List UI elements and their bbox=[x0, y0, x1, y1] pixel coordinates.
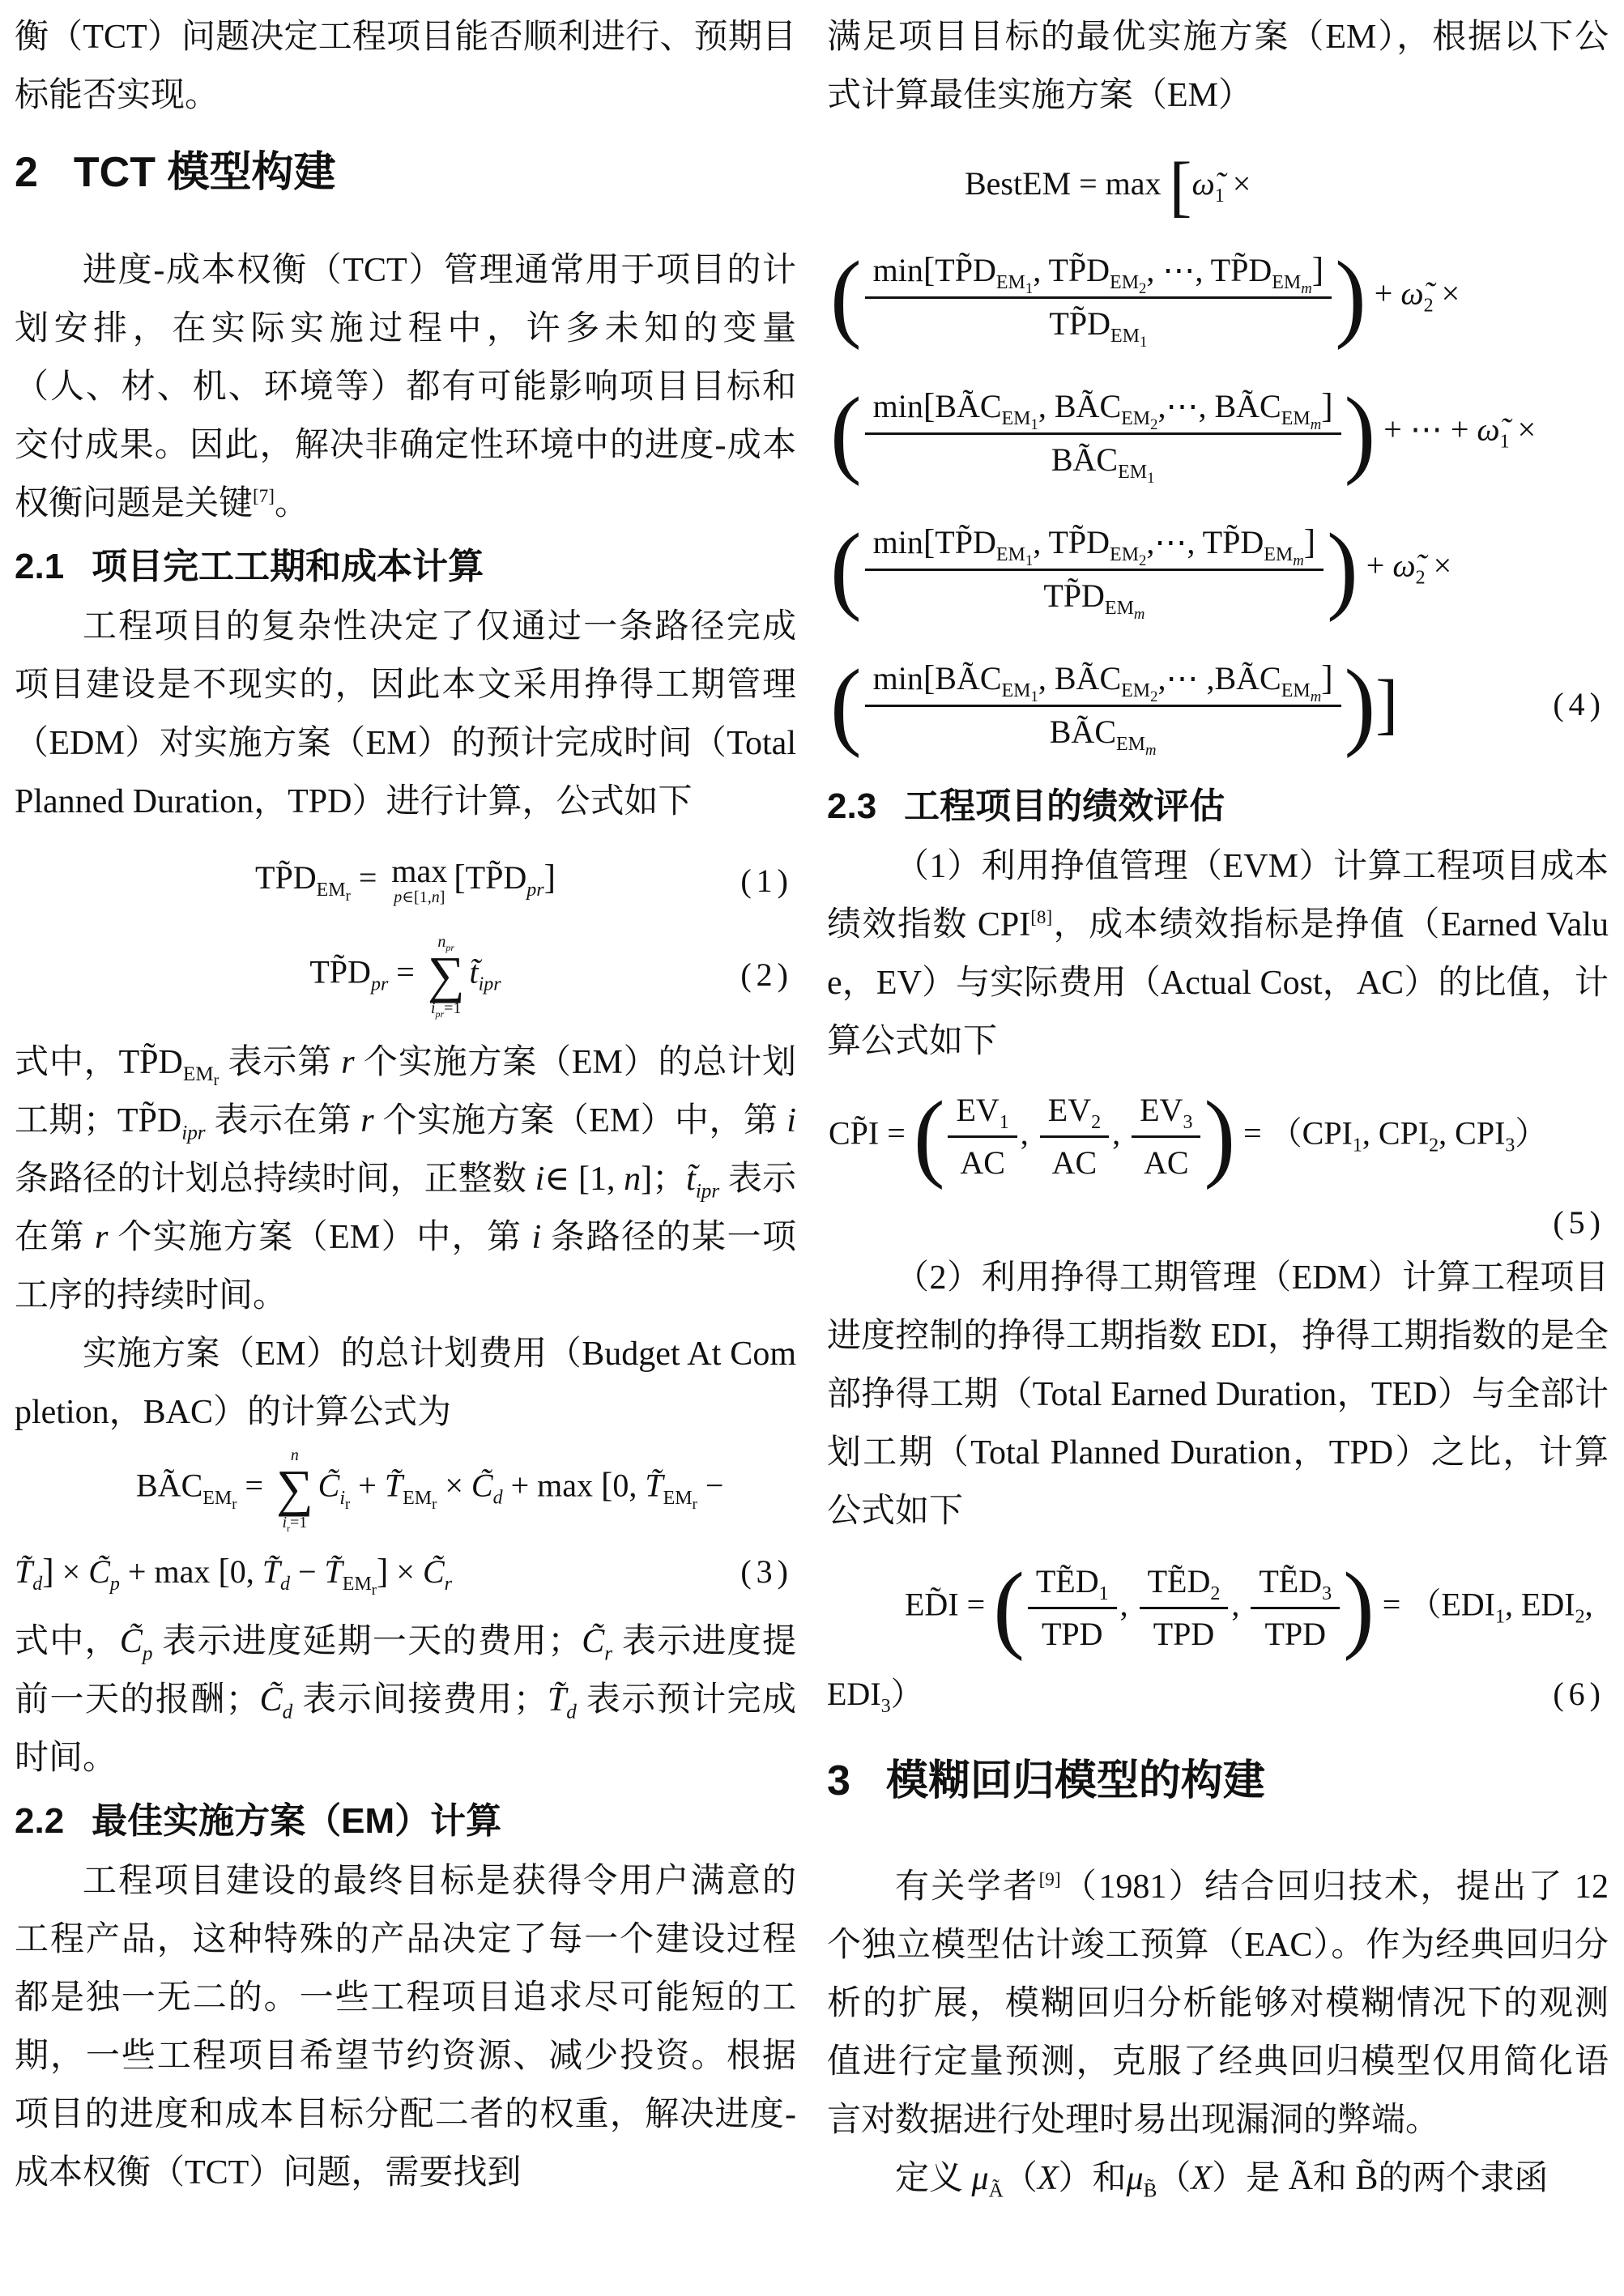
formula-1: TP̃DEMr = maxp∈[1,n][TP̃Dpr] (1) bbox=[15, 841, 796, 922]
formula-6-line2-body: EDI3） bbox=[827, 1676, 923, 1713]
paragraph-cutoff: 定义 μÃ（X）和μB̃（X）是 Ã和 B̃的两个隶函 bbox=[827, 2149, 1609, 2208]
formula-4-line-c-body: (min[BÃCEM1, BÃCEM2,⋯, BÃCEMm]BÃCEM1) + … bbox=[830, 386, 1536, 479]
paragraph: 工程项目建设的最终目标是获得令用户满意的工程产品，这种特殊的产品决定了每一个建设… bbox=[15, 1852, 796, 2202]
formula-4-line-a: BestEM = max [ω̃1 × bbox=[827, 139, 1609, 228]
section-heading-3: 3 模糊回归模型的构建 bbox=[827, 1756, 1609, 1806]
formula-1-body: TP̃DEMr = maxp∈[1,n][TP̃Dpr] bbox=[255, 855, 556, 907]
formula-6-line1-body: ED̃I = (TẼD1TPD, TẼD2TPD, TẼD3TPD) = （ED… bbox=[905, 1563, 1593, 1653]
subsection-number: 2.1 bbox=[15, 543, 64, 591]
paragraph: 工程项目的复杂性决定了仅通过一条路径完成项目建设是不现实的，因此本文采用挣得工期… bbox=[15, 598, 796, 831]
subsection-title: 工程项目的绩效评估 bbox=[904, 782, 1225, 831]
formula-5: CP̃I = (EV1AC, EV2AC, EV3AC) = （CPI1, CP… bbox=[827, 1076, 1609, 1197]
paragraph: 进度-成本权衡（TCT）管理通常用于项目的计划安排，在实际实施过程中，许多未知的… bbox=[15, 241, 796, 533]
equation-number-1: (1) bbox=[740, 863, 793, 900]
formula-2-body: TP̃Dpr = npr∑ipr=1t̃ipr bbox=[309, 933, 501, 1018]
subsection-number: 2.2 bbox=[15, 1797, 64, 1846]
formula-2: TP̃Dpr = npr∑ipr=1t̃ipr (2) bbox=[15, 925, 796, 1025]
equation-number-2: (2) bbox=[740, 956, 793, 994]
formula-4-line-c: (min[BÃCEM1, BÃCEM2,⋯, BÃCEMm]BÃCEM1) + … bbox=[827, 364, 1609, 501]
paragraph-continued: 满足项目目标的最优实施方案（EM），根据以下公式计算最佳实施方案（EM） bbox=[827, 8, 1609, 125]
formula-5-number-row: (5) bbox=[827, 1197, 1609, 1249]
right-column: 满足项目目标的最优实施方案（EM），根据以下公式计算最佳实施方案（EM） Bes… bbox=[827, 8, 1609, 2288]
paragraph: 实施方案（EM）的总计划费用（Budget At Completion，BAC）… bbox=[15, 1325, 796, 1442]
subsection-heading-2-1: 2.1 项目完工工期和成本计算 bbox=[15, 543, 796, 591]
formula-4-line-d-body: (min[TP̃DEM1, TP̃DEM2,⋯, TP̃DEMm]TP̃DEMm… bbox=[830, 522, 1451, 616]
equation-number-5: (5) bbox=[1553, 1204, 1605, 1242]
subsection-title: 最佳实施方案（EM）计算 bbox=[92, 1797, 501, 1846]
subsection-number: 2.3 bbox=[827, 782, 876, 831]
subsection-heading-2-2: 2.2 最佳实施方案（EM）计算 bbox=[15, 1797, 796, 1846]
paragraph-continued: 衡（TCT）问题决定工程项目能否顺利进行、预期目标能否实现。 bbox=[15, 8, 796, 125]
subsection-title: 项目完工工期和成本计算 bbox=[92, 543, 484, 591]
formula-4-line-e-body: (min[BÃCEM1, BÃCEM2,⋯ ,BÃCEMm]BÃCEMm)] bbox=[830, 658, 1398, 752]
section-heading-2: 2 TCT 模型构建 bbox=[15, 147, 796, 198]
paragraph: （1）利用挣值管理（EVM）计算工程项目成本绩效指数 CPI[8]，成本绩效指标… bbox=[827, 837, 1609, 1071]
formula-3-line2-body: T̃d] × C̃p + max [0, T̃d − T̃EMr] × C̃r bbox=[15, 1552, 452, 1592]
formula-5-body: CP̃I = (EV1AC, EV2AC, EV3AC) = （CPI1, CP… bbox=[829, 1092, 1547, 1182]
left-column: 衡（TCT）问题决定工程项目能否顺利进行、预期目标能否实现。 2 TCT 模型构… bbox=[15, 8, 796, 2288]
formula-4-line-b-body: (min[TP̃DEM1, TP̃DEM2, ⋯, TP̃DEMm]TP̃DEM… bbox=[830, 250, 1460, 343]
formula-4-line-b: (min[TP̃DEM1, TP̃DEM2, ⋯, TP̃DEMm]TP̃DEM… bbox=[827, 228, 1609, 364]
subsection-heading-2-3: 2.3 工程项目的绩效评估 bbox=[827, 782, 1609, 831]
formula-4-line-d: (min[TP̃DEM1, TP̃DEM2,⋯, TP̃DEMm]TP̃DEMm… bbox=[827, 501, 1609, 637]
equation-number-4: (4) bbox=[1553, 686, 1605, 723]
formula-4-line-a-body: BestEM = max [ω̃1 × bbox=[965, 165, 1251, 202]
paper-page: 衡（TCT）问题决定工程项目能否顺利进行、预期目标能否实现。 2 TCT 模型构… bbox=[0, 0, 1624, 2296]
paragraph-where-clause: 式中，TP̃DEMr 表示第 r 个实施方案（EM）的总计划工期；TP̃Dipr… bbox=[15, 1033, 796, 1325]
section-title: TCT 模型构建 bbox=[74, 147, 336, 198]
equation-number-6: (6) bbox=[1553, 1676, 1605, 1713]
paragraph: 有关学者[9]（1981）结合回归技术，提出了 12 个独立模型估计竣工预算（E… bbox=[827, 1858, 1609, 2149]
formula-3-line1-body: BÃCEMr = n∑ir=1C̃ir + T̃EMr × C̃d + max … bbox=[136, 1446, 723, 1531]
paragraph-where-clause: 式中，C̃p 表示进度延期一天的费用；C̃r 表示进度提前一天的报酬；C̃d 表… bbox=[15, 1612, 796, 1787]
formula-6-line2: EDI3） (6) bbox=[827, 1668, 1609, 1720]
section-number: 2 bbox=[15, 147, 38, 198]
section-number: 3 bbox=[827, 1756, 850, 1806]
paragraph: （2）利用挣得工期管理（EDM）计算工程项目进度控制的挣得工期指数 EDI，挣得… bbox=[827, 1249, 1609, 1540]
formula-3-line2: T̃d] × C̃p + max [0, T̃d − T̃EMr] × C̃r … bbox=[15, 1531, 796, 1612]
section-title: 模糊回归模型的构建 bbox=[886, 1756, 1265, 1806]
formula-4-line-e: (min[BÃCEM1, BÃCEM2,⋯ ,BÃCEMm]BÃCEMm)] (… bbox=[827, 637, 1609, 773]
formula-6-line1: ED̃I = (TẼD1TPD, TẼD2TPD, TẼD3TPD) = （ED… bbox=[827, 1547, 1609, 1668]
equation-number-3: (3) bbox=[740, 1553, 793, 1591]
formula-3-line1: BÃCEMr = n∑ir=1C̃ir + T̃EMr × C̃d + max … bbox=[15, 1446, 796, 1531]
